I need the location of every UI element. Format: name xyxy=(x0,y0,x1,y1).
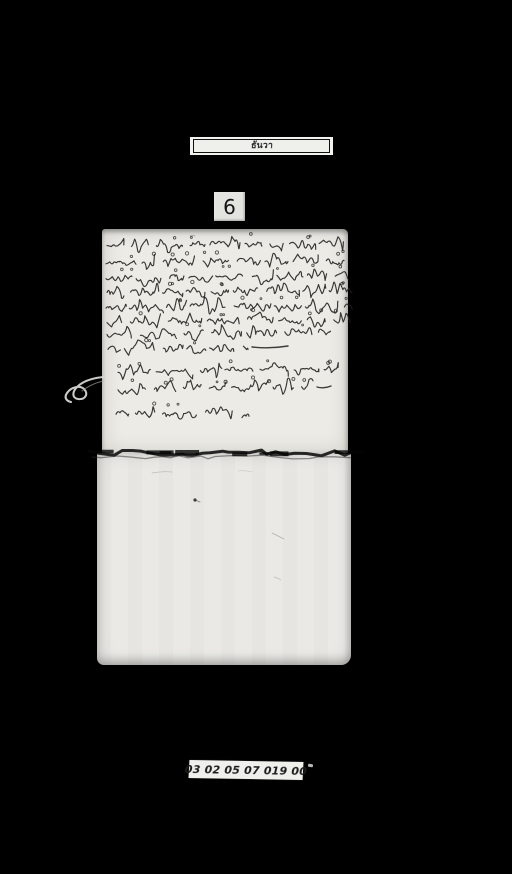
archival-photo: ธันวา 6 03 02 05 07 019 00 xyxy=(0,0,512,874)
document-page-top-half xyxy=(102,229,348,453)
top-label-text: ธันวา xyxy=(250,142,272,151)
archival-reference-label: 03 02 05 07 019 00 xyxy=(189,760,304,780)
archival-top-label: ธันวา xyxy=(190,137,333,155)
binding-thread-icon xyxy=(66,377,103,402)
page-number-text: 6 xyxy=(223,197,236,217)
document-page-bottom-half xyxy=(97,453,351,665)
reference-number-text: 03 02 05 07 019 00 xyxy=(185,763,308,776)
page-number-card: 6 xyxy=(214,192,245,221)
top-label-frame: ธันวา xyxy=(193,139,330,153)
dust-speck xyxy=(308,764,313,768)
